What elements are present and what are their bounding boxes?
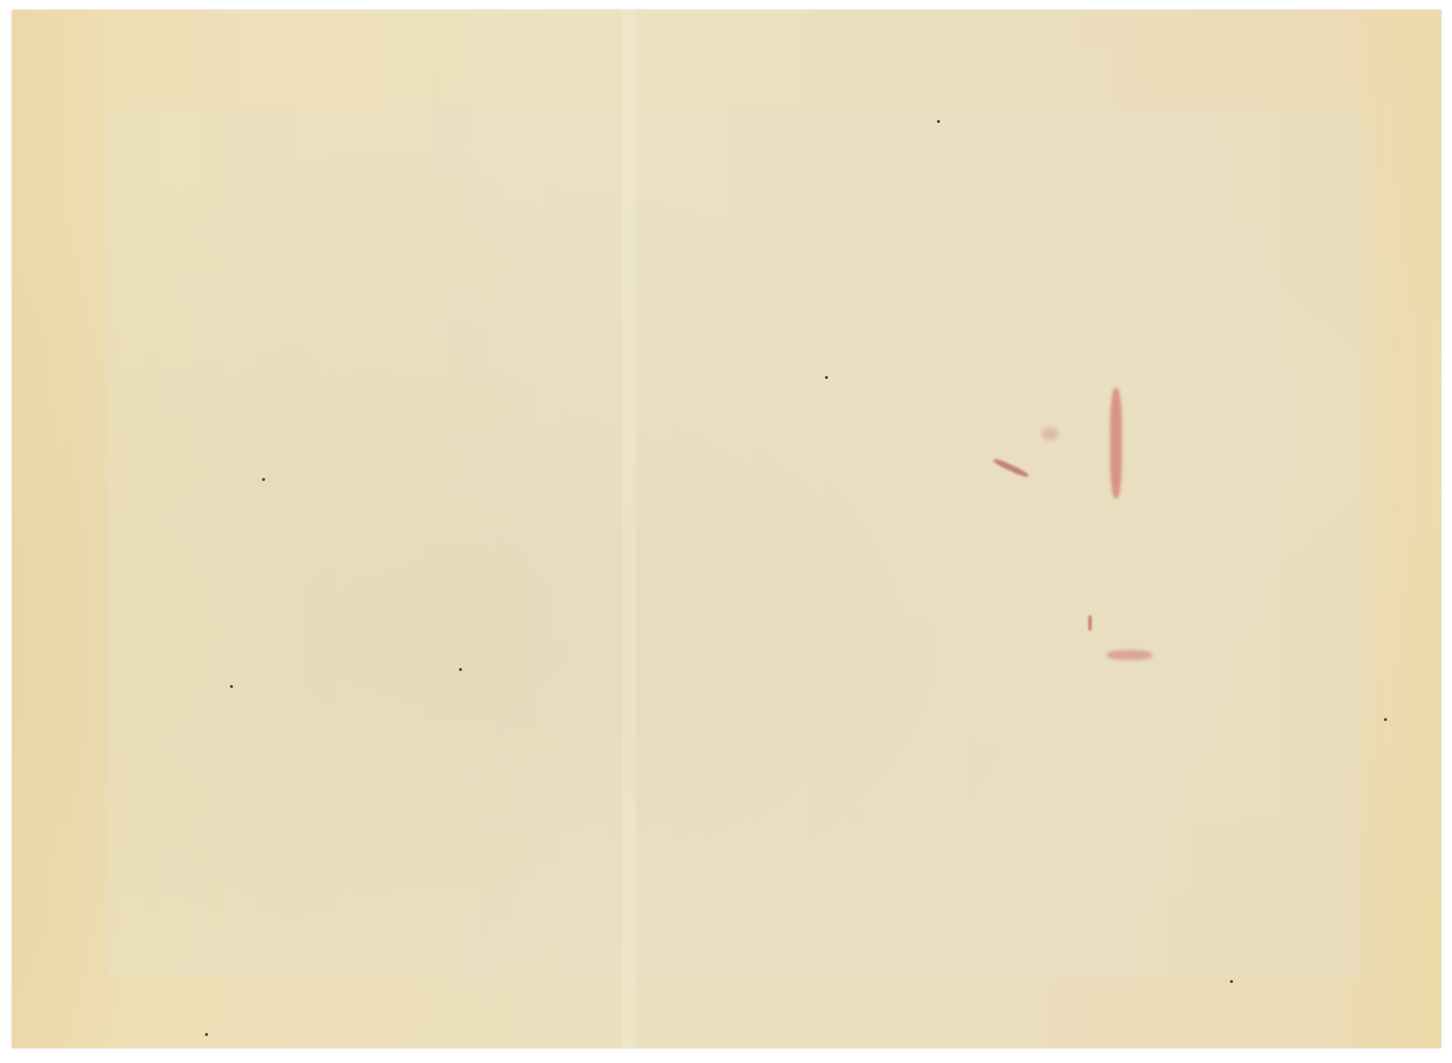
speck — [937, 120, 940, 123]
speck — [1230, 980, 1233, 983]
paper-sheet — [12, 10, 1441, 1048]
red-tick — [1088, 615, 1092, 631]
center-fold — [622, 10, 636, 1048]
red-smudge-horizontal — [1107, 650, 1152, 660]
speck — [1384, 718, 1387, 721]
speck — [825, 376, 828, 379]
speck — [459, 668, 462, 671]
speck — [262, 478, 265, 481]
red-smudge-small — [1042, 428, 1058, 440]
speck — [205, 1033, 208, 1036]
red-pencil-mark-vertical — [1110, 388, 1122, 498]
print-area-shadow — [107, 108, 1362, 978]
speck — [230, 685, 233, 688]
